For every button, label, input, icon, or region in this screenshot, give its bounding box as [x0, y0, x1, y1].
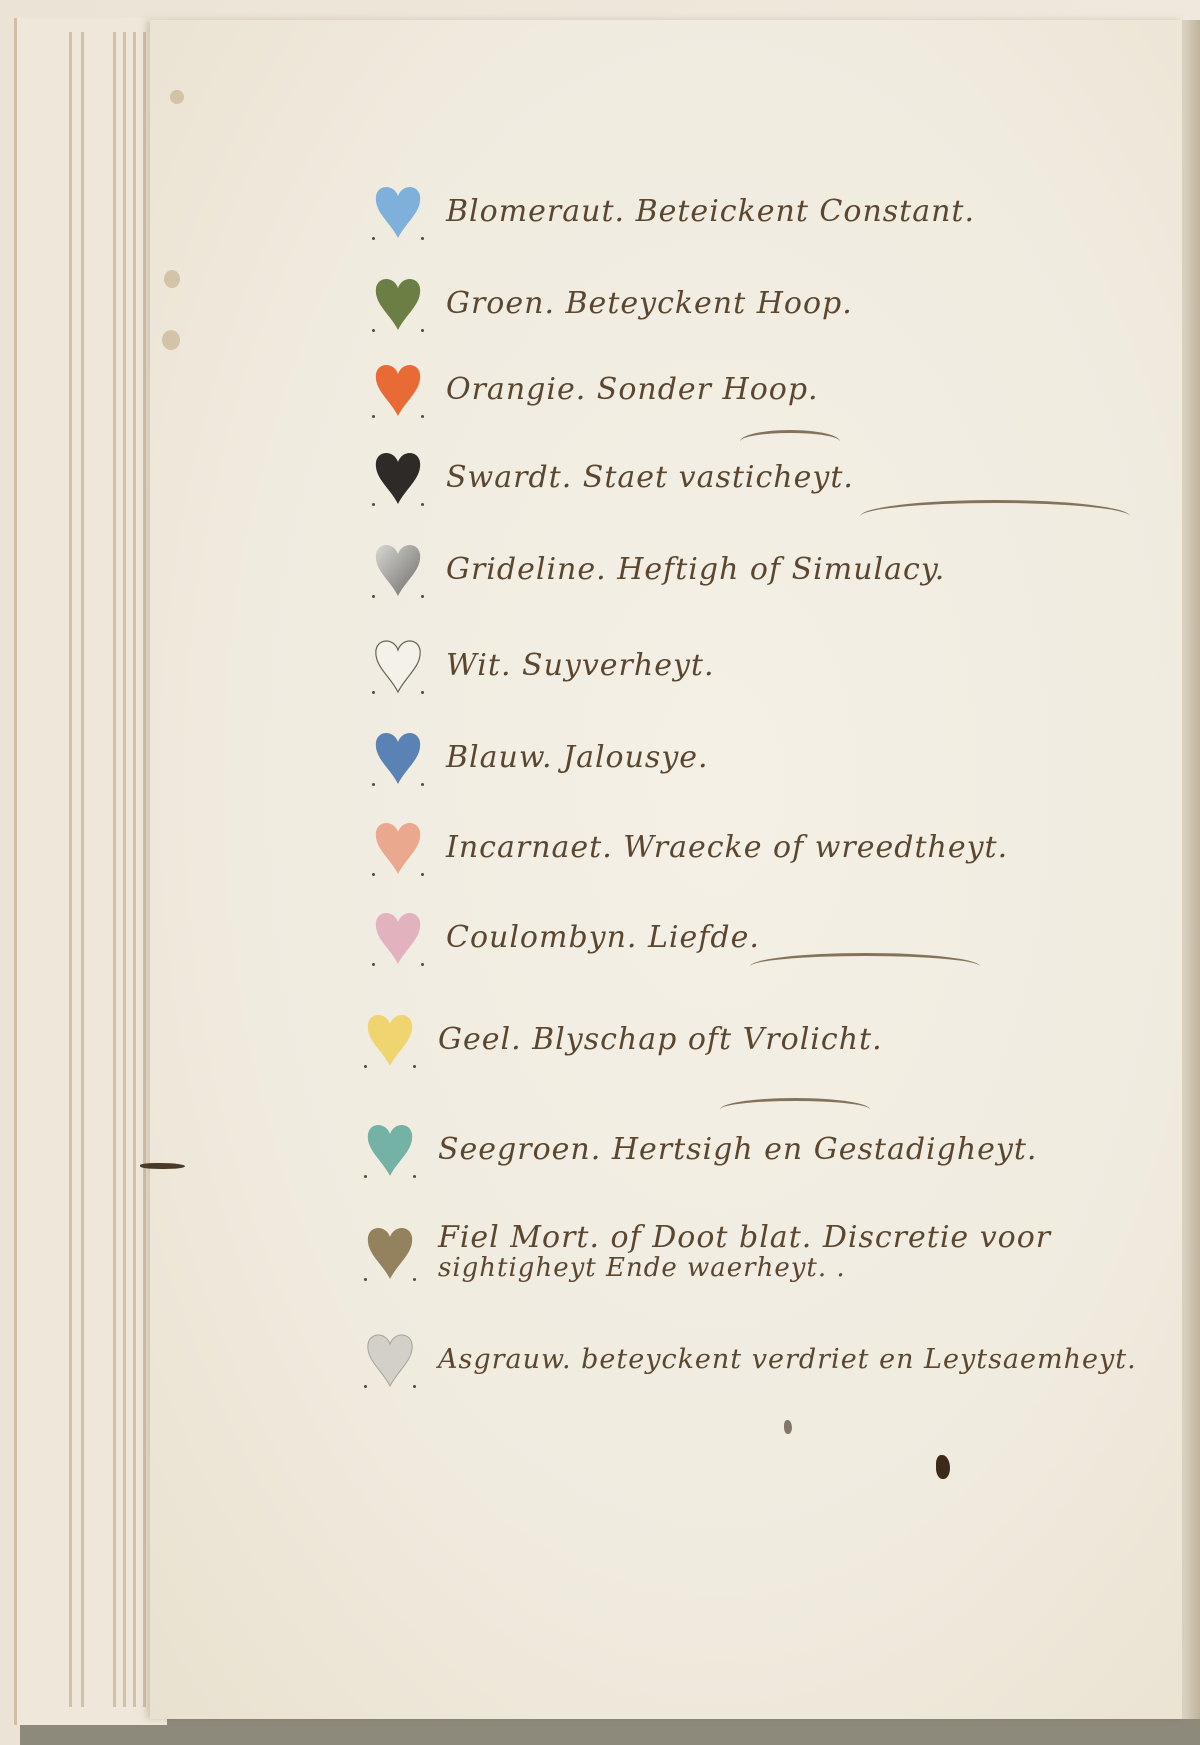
heart-dots — [364, 1174, 416, 1178]
heart-icon — [372, 448, 424, 506]
page-edge-line — [133, 32, 136, 1707]
heart-icon — [372, 360, 424, 418]
entry-text: Swardt. Staet vasticheyt. — [446, 460, 854, 495]
heart-icon — [372, 908, 424, 966]
heart-dots — [372, 782, 424, 786]
ink-mark — [140, 1163, 185, 1169]
entry-text: Coulombyn. Liefde. — [446, 920, 760, 955]
entry-text: Blauw. Jalousye. — [446, 740, 709, 775]
book-photograph: Blomeraut. Beteickent Constant. Groen. B… — [0, 0, 1200, 1745]
heart-dots — [372, 872, 424, 876]
color-entry: Geel. Blyschap oft Vrolicht. — [364, 1010, 883, 1068]
heart-icon — [372, 182, 424, 240]
heart-dots — [372, 962, 424, 966]
entry-text: Grideline. Heftigh of Simulacy. — [446, 552, 945, 587]
page-edge-line — [123, 32, 126, 1707]
ink-stain — [784, 1420, 792, 1434]
entry-text-line-1: Fiel Mort. of Doot blat. Discretie voor — [438, 1220, 1051, 1255]
entry-text: Blomeraut. Beteickent Constant. — [446, 194, 975, 229]
heart-icon — [364, 1010, 416, 1068]
heart-icon — [364, 1120, 416, 1178]
heart-icon — [364, 1223, 416, 1281]
heart-dots — [372, 236, 424, 240]
foxing-spot — [164, 270, 180, 288]
page-edge-right — [1184, 20, 1200, 1719]
color-entry: Blomeraut. Beteickent Constant. — [372, 182, 975, 240]
entry-text: Seegroen. Hertsigh en Gestadigheyt. — [438, 1132, 1037, 1167]
heart-icon — [372, 540, 424, 598]
page-edge-line — [69, 32, 72, 1707]
pen-flourish — [720, 1098, 870, 1121]
page-stack-left — [14, 18, 167, 1725]
color-entry: Groen. Beteyckent Hoop. — [372, 274, 853, 332]
color-entry: Fiel Mort. of Doot blat. Discretie voor … — [364, 1220, 1051, 1283]
page-edge-line — [143, 32, 146, 1707]
color-entry: Seegroen. Hertsigh en Gestadigheyt. — [364, 1120, 1037, 1178]
entry-text: Fiel Mort. of Doot blat. Discretie voor … — [438, 1220, 1051, 1283]
entry-text: Orangie. Sonder Hoop. — [446, 372, 819, 407]
heart-dots — [372, 594, 424, 598]
pen-flourish — [860, 500, 1130, 533]
page-edge-line — [81, 32, 84, 1707]
ink-stain — [936, 1455, 950, 1479]
entry-text: Geel. Blyschap oft Vrolicht. — [438, 1022, 883, 1057]
heart-icon — [372, 728, 424, 786]
entry-text-line-2: sightigheyt Ende waerheyt. . — [438, 1253, 1051, 1283]
heart-dots — [372, 414, 424, 418]
heart-dots — [364, 1064, 416, 1068]
entry-text: Asgrauw. beteyckent verdriet en Leytsaem… — [438, 1344, 1137, 1375]
color-entry: Grideline. Heftigh of Simulacy. — [372, 540, 945, 598]
heart-fill — [376, 187, 420, 238]
heart-icon — [364, 1330, 416, 1388]
color-entry: Blauw. Jalousye. — [372, 728, 709, 786]
page-edge-line — [113, 32, 116, 1707]
foxing-spot — [162, 330, 180, 350]
entry-text: Incarnaet. Wraecke of wreedtheyt. — [446, 830, 1008, 865]
heart-dots — [372, 502, 424, 506]
color-entry: Asgrauw. beteyckent verdriet en Leytsaem… — [364, 1330, 1137, 1388]
foxing-spot — [170, 90, 184, 104]
color-entry: Swardt. Staet vasticheyt. — [372, 448, 854, 506]
pen-flourish — [750, 953, 980, 980]
color-entry: Wit. Suyverheyt. — [372, 636, 715, 694]
color-entry: Orangie. Sonder Hoop. — [372, 360, 819, 418]
heart-dots — [364, 1384, 416, 1388]
entry-text: Groen. Beteyckent Hoop. — [446, 286, 853, 321]
heart-dots — [372, 328, 424, 332]
heart-icon — [372, 636, 424, 694]
color-entry: Coulombyn. Liefde. — [372, 908, 760, 966]
entry-text: Wit. Suyverheyt. — [446, 648, 715, 683]
pen-flourish — [740, 430, 840, 453]
heart-icon — [372, 274, 424, 332]
color-entry: Incarnaet. Wraecke of wreedtheyt. — [372, 818, 1008, 876]
heart-icon — [372, 818, 424, 876]
heart-dots — [372, 690, 424, 694]
heart-dots — [364, 1277, 416, 1281]
